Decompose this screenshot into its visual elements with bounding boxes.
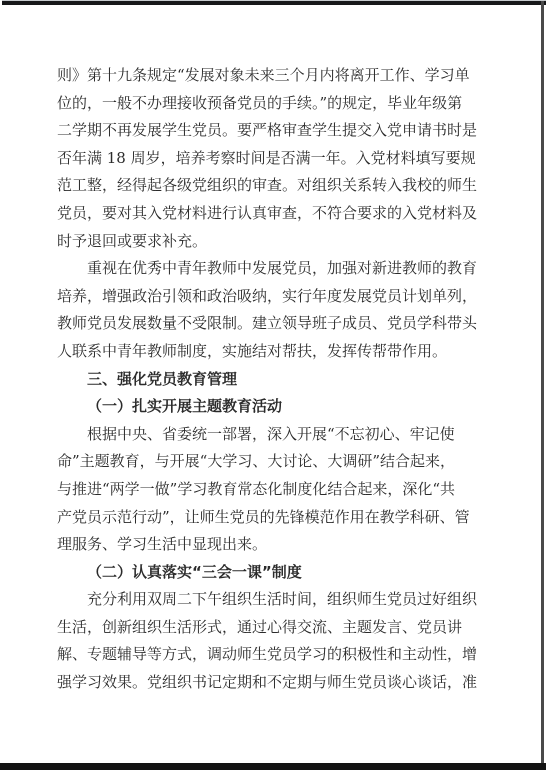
text-line: 二学期不再发展学生党员。要严格审查学生提交入党申请书时是 (57, 117, 493, 145)
text-line: 则》第十九条规定“发展对象未来三个月内将离开工作、学习单 (57, 62, 493, 90)
text-line: 否年满 18 周岁，培养考察时间是否满一年。入党材料填写要规 (57, 145, 493, 173)
text-line: 产党员示范行动”，让师生党员的先锋模范作用在教学科研、管 (57, 504, 493, 532)
heading-line: 三、强化党员教育管理 (57, 366, 493, 394)
text-line: 重视在优秀中青年教师中发展党员，加强对新进教师的教育 (57, 255, 493, 283)
text-line: 时予退回或要求补充。 (57, 228, 493, 256)
scan-edge-top (2, 0, 546, 5)
document-text-block: 则》第十九条规定“发展对象未来三个月内将离开工作、学习单位的，一般不办理接收预备… (57, 62, 493, 697)
scan-edge-right (541, 1, 544, 770)
document-page: 则》第十九条规定“发展对象未来三个月内将离开工作、学习单位的，一般不办理接收预备… (0, 0, 546, 770)
text-line: 位的，一般不办理接收预备党员的手续。”的规定，毕业年级第 (57, 90, 493, 118)
text-line: 解、专题辅导等方式，调动师生党员学习的积极性和主动性，增 (57, 641, 493, 669)
text-line: 范工整，经得起各级党组织的审查。对组织关系转入我校的师生 (57, 172, 493, 200)
text-line: 生活，创新组织生活形式，通过心得交流、主题发言、党员讲 (57, 614, 493, 642)
text-line: 与推进“两学一做”学习教育常态化制度化结合起来，深化“共 (57, 476, 493, 504)
text-line: 理服务、学习生活中显现出来。 (57, 531, 493, 559)
text-line: 强学习效果。党组织书记定期和不定期与师生党员谈心谈话，准 (57, 669, 493, 697)
text-line: 根据中央、省委统一部署，深入开展“不忘初心、牢记使 (57, 421, 493, 449)
heading-line: （一）扎实开展主题教育活动 (57, 393, 493, 421)
text-line: 人联系中青年教师制度，实施结对帮扶，发挥传帮带作用。 (57, 338, 493, 366)
heading-line: （二）认真落实“三会一课”制度 (57, 559, 493, 587)
text-line: 党员，要对其入党材料进行认真审查，不符合要求的入党材料及 (57, 200, 493, 228)
text-line: 命”主题教育，与开展“大学习、大讨论、大调研”结合起来， (57, 448, 493, 476)
text-line: 教师党员发展数量不受限制。建立领导班子成员、党员学科带头 (57, 310, 493, 338)
text-line: 充分利用双周二下午组织生活时间，组织师生党员过好组织 (57, 586, 493, 614)
text-line: 培养，增强政治引领和政治吸纳，实行年度发展党员计划单列， (57, 283, 493, 311)
scan-edge-bottom (0, 763, 546, 770)
